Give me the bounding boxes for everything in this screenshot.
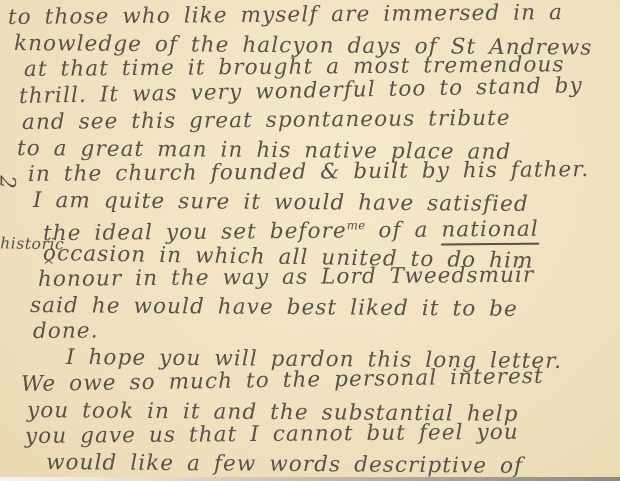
handwritten-line: to those who like myself are immersed in… xyxy=(8,0,620,31)
handwritten-line: the ideal you set beforeme of a national xyxy=(43,209,620,240)
handwritten-line: you gave us that I cannot but feel you xyxy=(25,419,620,450)
line-text: to those who like myself are immersed in… xyxy=(8,0,563,30)
paper-edge-shadow xyxy=(0,477,620,481)
line-text: would like a few words descriptive of xyxy=(46,450,523,479)
line-text: of a xyxy=(365,217,441,243)
letter-page: 2 to those who like myself are immersed … xyxy=(0,0,620,477)
handwritten-line: done. xyxy=(33,314,620,345)
handwritten-line: and see this great spontaneous tribute xyxy=(22,105,620,136)
scanned-letter-screen: 2 to those who like myself are immersed … xyxy=(0,0,620,481)
line-text: done. xyxy=(33,319,99,345)
superscript-insertion: me xyxy=(347,218,366,232)
letter-body: to those who like myself are immersed in… xyxy=(6,5,620,476)
line-text: you gave us that I cannot but feel you xyxy=(25,420,519,449)
line-text: and see this great spontaneous tribute xyxy=(22,105,511,134)
line-text: in the church founded & built by his fat… xyxy=(28,157,589,187)
handwritten-line: in the church founded & built by his fat… xyxy=(28,157,620,188)
line-text: honour in the way as Lord Tweedsmuir xyxy=(38,263,535,292)
handwritten-line: honour in the way as Lord Tweedsmuir xyxy=(38,262,620,293)
underlined-word: national xyxy=(441,216,539,245)
